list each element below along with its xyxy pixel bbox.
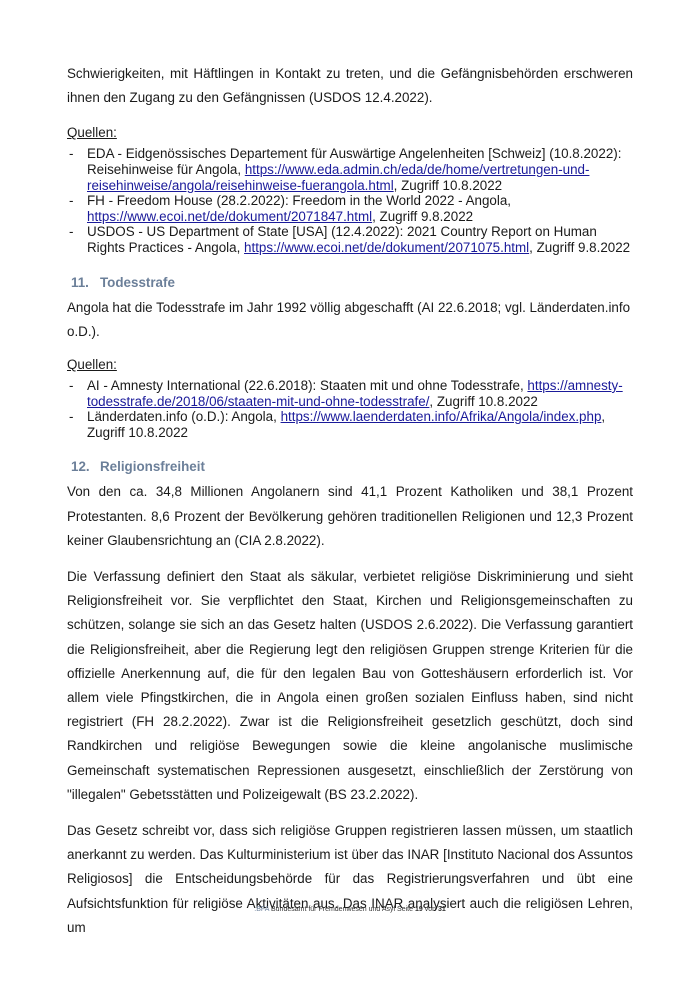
total-pages: 31 xyxy=(438,906,446,913)
bullet-dash: - xyxy=(69,409,73,425)
page-footer: .BFA Bundesamt für Fremdenwesen und Asyl… xyxy=(0,906,700,913)
bullet-dash: - xyxy=(69,224,73,240)
source-link[interactable]: https://www.eda.admin.ch/eda/de/home/ver… xyxy=(87,162,589,193)
section-heading-11: 11.Todesstrafe xyxy=(67,274,633,292)
sources-label: Quellen: xyxy=(67,356,633,374)
bullet-dash: - xyxy=(69,378,73,394)
source-link[interactable]: https://www.laenderdaten.info/Afrika/Ang… xyxy=(281,409,602,424)
source-item: -FH - Freedom House (28.2.2022): Freedom… xyxy=(67,193,633,224)
bullet-dash: - xyxy=(69,193,73,209)
source-link[interactable]: https://www.ecoi.net/de/dokument/2071847… xyxy=(87,209,372,224)
sources-list-detention: -EDA - Eidgenössisches Departement für A… xyxy=(67,146,633,255)
section-12-paragraph-1: Von den ca. 34,8 Millionen Angolanern si… xyxy=(67,480,633,553)
section-heading-12: 12.Religionsfreiheit xyxy=(67,458,633,476)
document-page: Schwierigkeiten, mit Häftlingen in Konta… xyxy=(67,62,633,940)
source-link[interactable]: https://www.ecoi.net/de/dokument/2071075… xyxy=(244,240,529,255)
section-11-paragraph: Angola hat die Todesstrafe im Jahr 1992 … xyxy=(67,296,633,344)
current-page: 19 xyxy=(415,906,423,913)
bullet-dash: - xyxy=(69,146,73,162)
sources-label: Quellen: xyxy=(67,124,633,142)
source-item: -EDA - Eidgenössisches Departement für A… xyxy=(67,146,633,193)
section-12-paragraph-2: Die Verfassung definiert den Staat als s… xyxy=(67,565,633,807)
section-12-paragraph-3: Das Gesetz schreibt vor, dass sich relig… xyxy=(67,819,633,940)
intro-paragraph: Schwierigkeiten, mit Häftlingen in Konta… xyxy=(67,62,633,110)
sources-list-death-penalty: -AI - Amnesty International (22.6.2018):… xyxy=(67,378,633,440)
source-item: -AI - Amnesty International (22.6.2018):… xyxy=(67,378,633,409)
source-item: -Länderdaten.info (o.D.): Angola, https:… xyxy=(67,409,633,440)
source-link[interactable]: https://amnesty-todesstrafe.de/2018/06/s… xyxy=(87,378,623,409)
source-item: -USDOS - US Department of State [USA] (1… xyxy=(67,224,633,255)
bfa-logo: .BFA xyxy=(254,906,269,913)
